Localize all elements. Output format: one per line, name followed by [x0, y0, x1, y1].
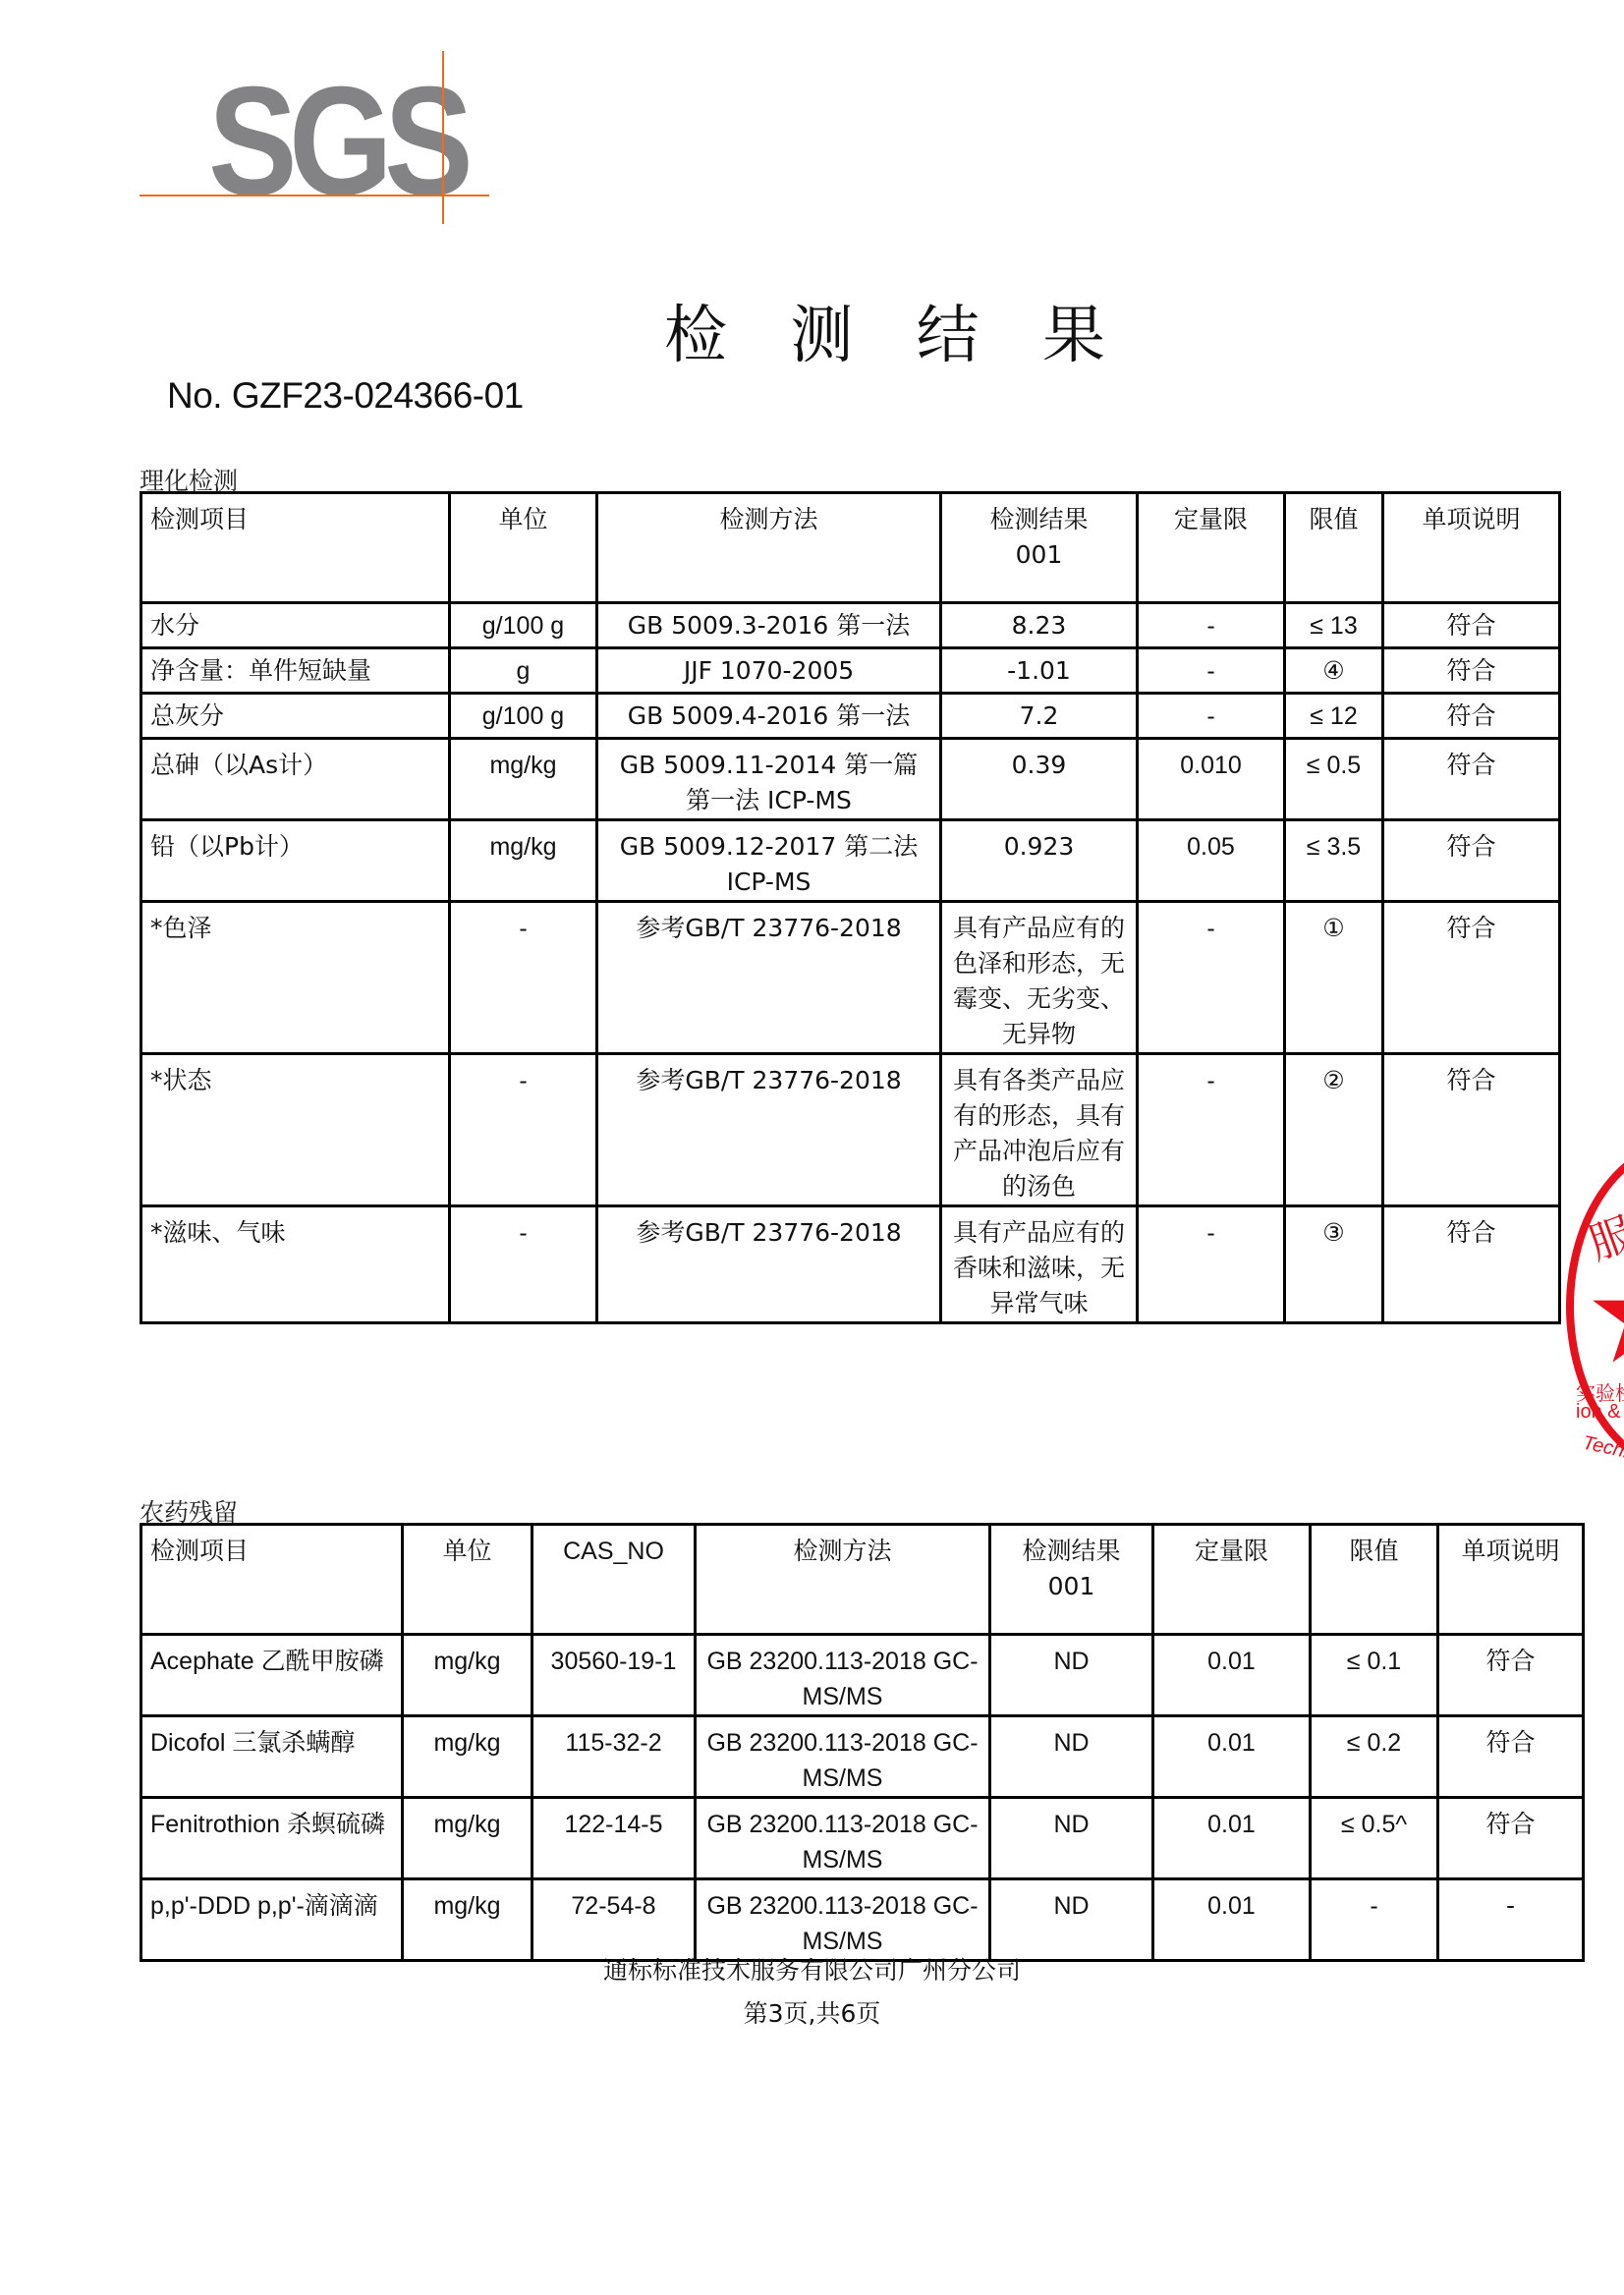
- cell-result: ND: [990, 1798, 1153, 1879]
- cell-method: GB 23200.113-2018 GC-MS/MS: [696, 1879, 990, 1961]
- cell-result: -1.01: [941, 648, 1138, 694]
- header-unit: 单位: [450, 493, 597, 603]
- cell-limit: ≤ 3.5: [1285, 820, 1383, 902]
- seal-bottom-text: Technical S: [1581, 1432, 1624, 1476]
- cell-loq: 0.01: [1153, 1798, 1311, 1879]
- cell-loq: -: [1138, 648, 1285, 694]
- table-row: 总灰分g/100 gGB 5009.4-2016 第一法7.2-≤ 12符合: [141, 694, 1560, 739]
- cell-unit: -: [450, 1206, 597, 1323]
- cell-method: GB 23200.113-2018 GC-MS/MS: [696, 1635, 990, 1716]
- cell-unit: g: [450, 648, 597, 694]
- cell-method: 参考GB/T 23776-2018: [597, 902, 941, 1054]
- cell-item: 总砷（以As计）: [141, 739, 450, 820]
- cell-limit: ③: [1285, 1206, 1383, 1323]
- header-unit: 单位: [403, 1525, 532, 1635]
- table-row: *状态-参考GB/T 23776-2018具有各类产品应有的形态，具有产品冲泡后…: [141, 1054, 1560, 1206]
- cell-item: Fenitrothion 杀螟硫磷: [141, 1798, 403, 1879]
- cell-loq: 0.01: [1153, 1635, 1311, 1716]
- cell-cas: 115-32-2: [532, 1716, 696, 1798]
- cell-result: 7.2: [941, 694, 1138, 739]
- cell-result: 具有产品应有的色泽和形态，无霉变、无劣变、无异物: [941, 902, 1138, 1054]
- header-result: 检测结果 001: [941, 493, 1138, 603]
- cell-remark: 符合: [1383, 603, 1560, 648]
- cell-item: *滋味、气味: [141, 1206, 450, 1323]
- cell-loq: -: [1138, 902, 1285, 1054]
- cell-unit: mg/kg: [403, 1798, 532, 1879]
- report-number: No. GZF23-024366-01: [167, 375, 524, 417]
- cell-method: GB 5009.11-2014 第一篇 第一法 ICP-MS: [597, 739, 941, 820]
- cell-limit: ≤ 0.1: [1311, 1635, 1438, 1716]
- table-row: 水分g/100 gGB 5009.3-2016 第一法8.23-≤ 13符合: [141, 603, 1560, 648]
- cell-item: Acephate 乙酰甲胺磷: [141, 1635, 403, 1716]
- table-row: 总砷（以As计）mg/kgGB 5009.11-2014 第一篇 第一法 ICP…: [141, 739, 1560, 820]
- sgs-logo-text: SGS: [208, 73, 465, 210]
- cell-cas: 122-14-5: [532, 1798, 696, 1879]
- table-row: p,p'-DDD p,p'-滴滴滴mg/kg72-54-8GB 23200.11…: [141, 1879, 1584, 1961]
- table-row: Dicofol 三氯杀螨醇mg/kg115-32-2GB 23200.113-2…: [141, 1716, 1584, 1798]
- header-loq: 定量限: [1138, 493, 1285, 603]
- cell-method: GB 23200.113-2018 GC-MS/MS: [696, 1798, 990, 1879]
- cell-loq: -: [1138, 1054, 1285, 1206]
- cell-unit: g/100 g: [450, 694, 597, 739]
- logo-horizontal-rule: [140, 195, 489, 196]
- cell-cas: 72-54-8: [532, 1879, 696, 1961]
- pesticide-results-table: 检测项目 单位 CAS_NO 检测方法 检测结果 001 定量限 限值 单项说明…: [140, 1523, 1585, 1962]
- cell-unit: mg/kg: [403, 1716, 532, 1798]
- cell-remark: 符合: [1383, 902, 1560, 1054]
- cell-loq: -: [1138, 603, 1285, 648]
- cell-unit: mg/kg: [450, 739, 597, 820]
- cell-unit: mg/kg: [403, 1879, 532, 1961]
- table-row: 净含量：单件短缺量gJJF 1070-2005-1.01-④符合: [141, 648, 1560, 694]
- cell-limit: ④: [1285, 648, 1383, 694]
- header-limit: 限值: [1285, 493, 1383, 603]
- cell-item: 总灰分: [141, 694, 450, 739]
- company-seal-stamp: 服务有 ★ 实验检测 ion & Te Technical S: [1566, 1140, 1624, 1474]
- header-limit: 限值: [1311, 1525, 1438, 1635]
- header-method: 检测方法: [696, 1525, 990, 1635]
- header-method: 检测方法: [597, 493, 941, 603]
- cell-loq: -: [1138, 1206, 1285, 1323]
- cell-limit: -: [1311, 1879, 1438, 1961]
- physchem-results-table: 检测项目 单位 检测方法 检测结果 001 定量限 限值 单项说明 水分g/10…: [140, 491, 1561, 1324]
- footer-company-name: 通标标准技术服务有限公司广州分公司: [0, 1951, 1624, 1987]
- table-row: Fenitrothion 杀螟硫磷mg/kg122-14-5GB 23200.1…: [141, 1798, 1584, 1879]
- header-remark: 单项说明: [1383, 493, 1560, 603]
- cell-limit: ≤ 12: [1285, 694, 1383, 739]
- header-cas-no: CAS_NO: [532, 1525, 696, 1635]
- cell-loq: 0.05: [1138, 820, 1285, 902]
- header-result-label: 检测结果: [950, 502, 1128, 537]
- table-row: 铅（以Pb计）mg/kgGB 5009.12-2017 第二法 ICP-MS0.…: [141, 820, 1560, 902]
- table-row: Acephate 乙酰甲胺磷mg/kg30560-19-1GB 23200.11…: [141, 1635, 1584, 1716]
- cell-method: JJF 1070-2005: [597, 648, 941, 694]
- header-item: 检测项目: [141, 493, 450, 603]
- cell-limit: ②: [1285, 1054, 1383, 1206]
- cell-unit: mg/kg: [403, 1635, 532, 1716]
- header-loq: 定量限: [1153, 1525, 1311, 1635]
- cell-remark: 符合: [1383, 820, 1560, 902]
- cell-loq: 0.010: [1138, 739, 1285, 820]
- cell-result: 8.23: [941, 603, 1138, 648]
- header-sample-id: 001: [999, 1569, 1144, 1604]
- cell-result: 0.923: [941, 820, 1138, 902]
- header-sample-id: 001: [950, 537, 1128, 573]
- cell-item: *状态: [141, 1054, 450, 1206]
- footer-page-number: 第3页,共6页: [0, 1994, 1624, 2030]
- header-item: 检测项目: [141, 1525, 403, 1635]
- cell-result: ND: [990, 1879, 1153, 1961]
- header-result: 检测结果 001: [990, 1525, 1153, 1635]
- cell-remark: 符合: [1383, 739, 1560, 820]
- cell-remark: 符合: [1438, 1635, 1584, 1716]
- cell-limit: ①: [1285, 902, 1383, 1054]
- cell-remark: 符合: [1383, 648, 1560, 694]
- cell-limit: ≤ 13: [1285, 603, 1383, 648]
- cell-result: ND: [990, 1635, 1153, 1716]
- cell-result: 0.39: [941, 739, 1138, 820]
- cell-remark: 符合: [1383, 1054, 1560, 1206]
- cell-unit: -: [450, 1054, 597, 1206]
- cell-result: 具有产品应有的香味和滋味，无异常气味: [941, 1206, 1138, 1323]
- cell-method: GB 23200.113-2018 GC-MS/MS: [696, 1716, 990, 1798]
- table-row: *滋味、气味-参考GB/T 23776-2018具有产品应有的香味和滋味，无异常…: [141, 1206, 1560, 1323]
- cell-limit: ≤ 0.5^: [1311, 1798, 1438, 1879]
- cell-remark: -: [1438, 1879, 1584, 1961]
- logo-vertical-rule: [442, 51, 444, 224]
- cell-item: 铅（以Pb计）: [141, 820, 450, 902]
- cell-cas: 30560-19-1: [532, 1635, 696, 1716]
- cell-method: GB 5009.4-2016 第一法: [597, 694, 941, 739]
- cell-method: GB 5009.12-2017 第二法 ICP-MS: [597, 820, 941, 902]
- cell-method: GB 5009.3-2016 第一法: [597, 603, 941, 648]
- cell-loq: -: [1138, 694, 1285, 739]
- cell-unit: mg/kg: [450, 820, 597, 902]
- cell-loq: 0.01: [1153, 1879, 1311, 1961]
- cell-remark: 符合: [1383, 694, 1560, 739]
- table-row: *色泽-参考GB/T 23776-2018具有产品应有的色泽和形态，无霉变、无劣…: [141, 902, 1560, 1054]
- sgs-logo: SGS: [140, 51, 493, 228]
- cell-item: 净含量：单件短缺量: [141, 648, 450, 694]
- cell-result: ND: [990, 1716, 1153, 1798]
- cell-item: p,p'-DDD p,p'-滴滴滴: [141, 1879, 403, 1961]
- cell-remark: 符合: [1438, 1798, 1584, 1879]
- header-remark: 单项说明: [1438, 1525, 1584, 1635]
- cell-item: Dicofol 三氯杀螨醇: [141, 1716, 403, 1798]
- cell-item: 水分: [141, 603, 450, 648]
- cell-limit: ≤ 0.2: [1311, 1716, 1438, 1798]
- cell-method: 参考GB/T 23776-2018: [597, 1054, 941, 1206]
- document-title: 检 测 结 果: [0, 285, 1624, 375]
- cell-remark: 符合: [1383, 1206, 1560, 1323]
- cell-item: *色泽: [141, 902, 450, 1054]
- seal-english-text: ion & Te: [1576, 1401, 1624, 1424]
- cell-unit: -: [450, 902, 597, 1054]
- cell-remark: 符合: [1438, 1716, 1584, 1798]
- cell-method: 参考GB/T 23776-2018: [597, 1206, 941, 1323]
- seal-star-icon: ★: [1584, 1246, 1624, 1383]
- cell-result: 具有各类产品应有的形态，具有产品冲泡后应有的汤色: [941, 1054, 1138, 1206]
- cell-unit: g/100 g: [450, 603, 597, 648]
- header-result-label: 检测结果: [999, 1534, 1144, 1569]
- cell-loq: 0.01: [1153, 1716, 1311, 1798]
- cell-limit: ≤ 0.5: [1285, 739, 1383, 820]
